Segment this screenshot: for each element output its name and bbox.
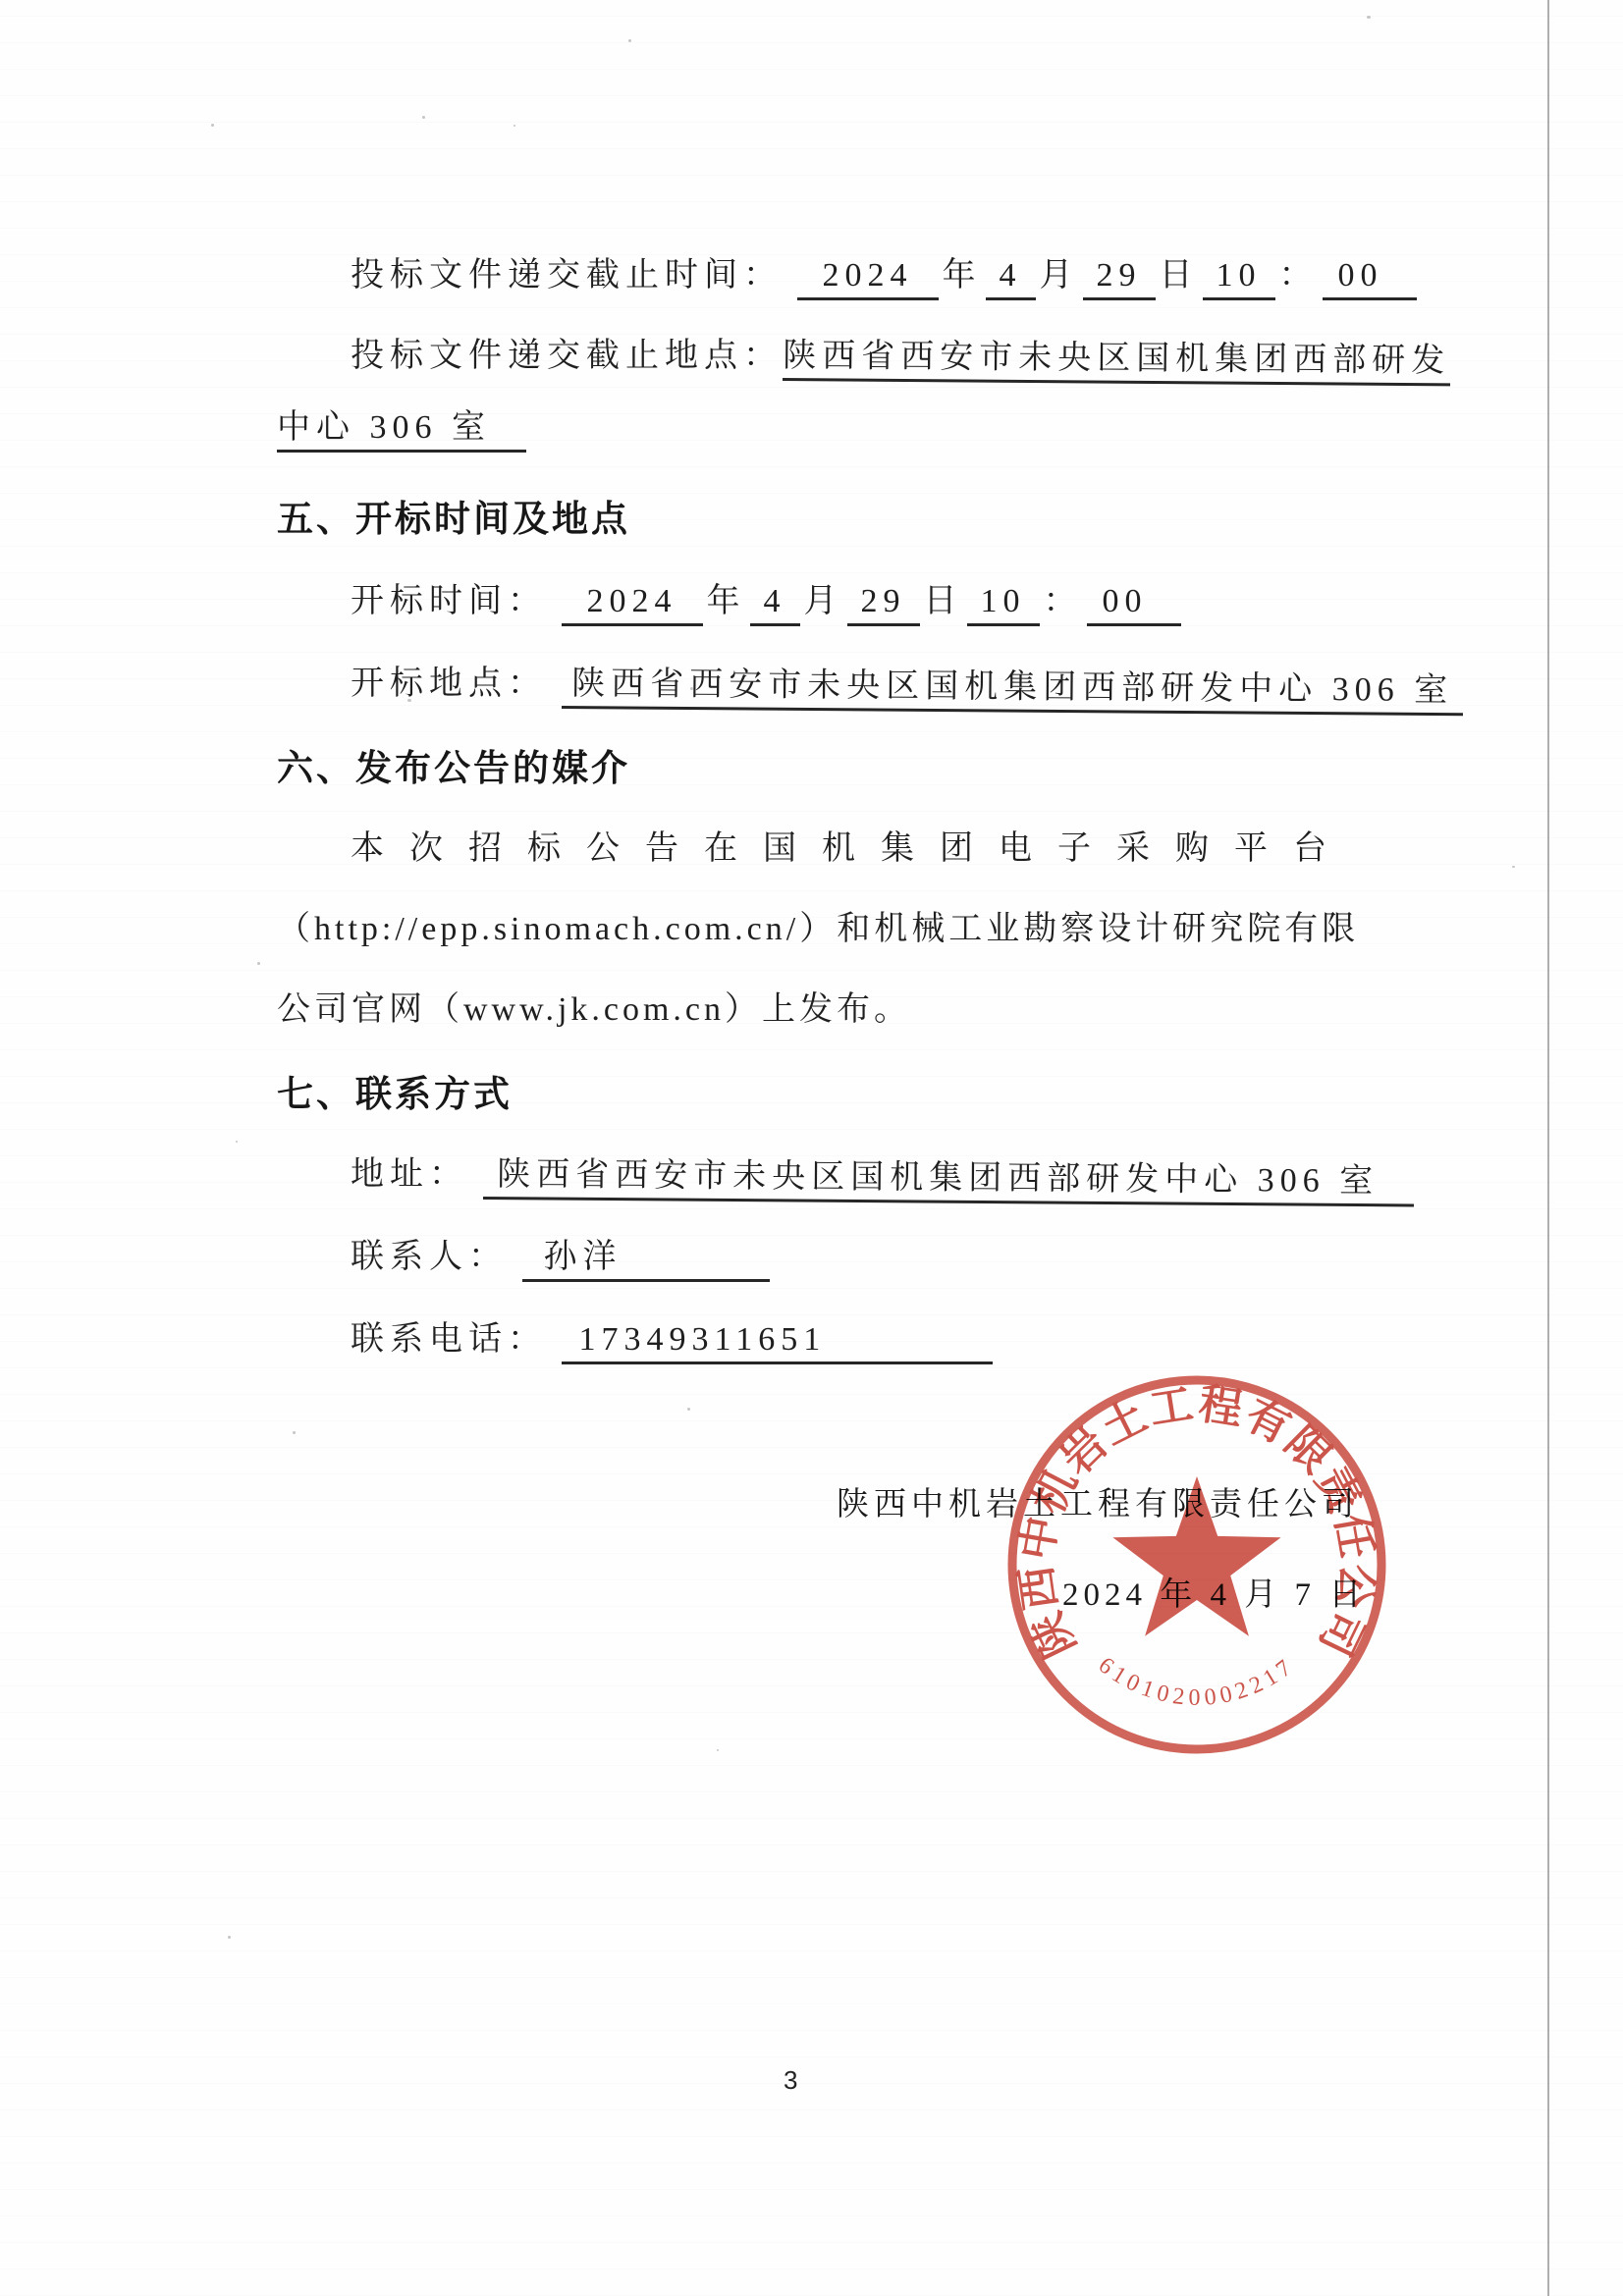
day-unit: 日 xyxy=(924,583,963,619)
day-unit: 日 xyxy=(1160,257,1199,294)
section-5-heading: 五、开标时间及地点 xyxy=(277,489,630,542)
open-minute-value: 00 xyxy=(1087,582,1181,626)
scan-artifact-vertical-line xyxy=(1547,0,1549,2296)
open-place-label: 开标地点： xyxy=(351,666,547,702)
contact-person-label: 联系人： xyxy=(351,1239,508,1275)
media-paragraph-line-3: 公司官网（www.jk.com.cn）上发布。 xyxy=(277,982,911,1030)
open-place-line: 开标地点： 陕西省西安市未央区国机集团西部研发中心 306 室 xyxy=(351,656,1463,709)
bid-submit-place-line: 投标文件递交截止地点：陕西省西安市未央区国机集团西部研发 xyxy=(351,328,1450,381)
contact-person-line: 联系人： 孙洋 xyxy=(351,1229,770,1282)
section-6-heading: 六、发布公告的媒介 xyxy=(277,738,630,791)
media-paragraph-line-1: 本次招标公告在国机集团电子采购平台 xyxy=(351,821,1352,869)
month-unit: 月 xyxy=(1040,257,1079,294)
bid-submit-year-value: 2024 xyxy=(797,256,939,300)
contact-person-value: 孙洋 xyxy=(522,1238,770,1282)
seal-graphic: 陕西中机岩土工程有限责任公司 6101020002217 xyxy=(1001,1368,1393,1761)
bid-submit-place-value-2: 中心 306 室 xyxy=(277,408,526,453)
contact-address-label: 地址： xyxy=(351,1156,468,1193)
contact-phone-value: 17349311651 xyxy=(562,1320,994,1364)
bid-submit-month-value: 4 xyxy=(986,256,1036,300)
company-seal-stamp: 陕西中机岩土工程有限责任公司 6101020002217 xyxy=(1001,1368,1393,1761)
bid-submit-place-value-1: 陕西省西安市未央区国机集团西部研发 xyxy=(783,337,1450,386)
open-day-value: 29 xyxy=(847,582,920,626)
time-colon: ： xyxy=(1279,257,1319,294)
page-number: 3 xyxy=(784,2065,797,2096)
media-paragraph-line-2: （http://epp.sinomach.com.cn/）和机械工业勘察设计研究… xyxy=(277,901,1359,949)
open-month-value: 4 xyxy=(750,582,800,626)
bid-submit-minute-value: 00 xyxy=(1323,256,1417,300)
section-7-heading: 七、联系方式 xyxy=(277,1064,513,1117)
open-time-label: 开标时间： xyxy=(351,583,547,619)
month-unit: 月 xyxy=(804,583,843,619)
open-year-value: 2024 xyxy=(562,582,703,626)
year-unit: 年 xyxy=(943,257,982,294)
open-hour-value: 10 xyxy=(967,582,1040,626)
contact-address-value: 陕西省西安市未央区国机集团西部研发中心 306 室 xyxy=(483,1155,1414,1207)
open-place-value: 陕西省西安市未央区国机集团西部研发中心 306 室 xyxy=(562,665,1463,716)
bid-submit-time-label: 投标文件递交截止时间： xyxy=(351,257,783,294)
contact-phone-line: 联系电话： 17349311651 xyxy=(351,1311,993,1364)
bid-submit-place-label: 投标文件递交截止地点： xyxy=(351,338,783,374)
time-colon: ： xyxy=(1044,583,1083,619)
bid-submit-day-value: 29 xyxy=(1083,256,1156,300)
year-unit: 年 xyxy=(707,583,746,619)
scanned-tender-document-page: { "bid_submission": { "time_label": "投标文… xyxy=(0,0,1623,2296)
seal-star-icon xyxy=(1112,1476,1280,1636)
bid-submit-hour-value: 10 xyxy=(1203,256,1275,300)
open-time-line: 开标时间： 2024年4月29日10：00 xyxy=(351,573,1181,626)
bid-submit-place-line-2: 中心 306 室 xyxy=(277,408,526,453)
seal-serial-number: 6101020002217 xyxy=(1094,1652,1301,1710)
contact-address-line: 地址： 陕西省西安市未央区国机集团西部研发中心 306 室 xyxy=(351,1147,1414,1200)
contact-phone-label: 联系电话： xyxy=(351,1321,547,1358)
bid-submit-deadline-time-line: 投标文件递交截止时间： 2024年4月29日10：00 xyxy=(351,247,1417,300)
